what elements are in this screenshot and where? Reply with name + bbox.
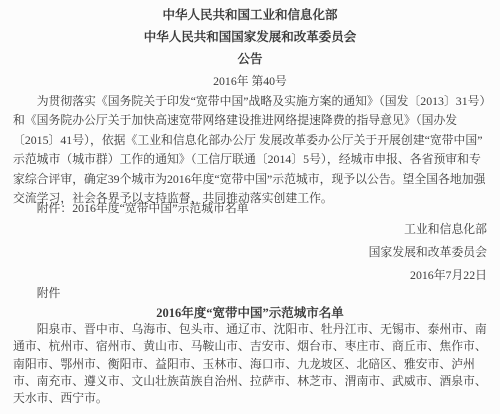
appendix-title: 2016年度“宽带中国”示范城市名单 bbox=[13, 304, 487, 322]
issuing-agency-line-2: 中华人民共和国国家发展和改革委员会 bbox=[13, 26, 487, 48]
attachment-reference: 附件：2016年度“宽带中国”示范城市名单 bbox=[13, 199, 487, 218]
announcement-page: 中华人民共和国工业和信息化部 中华人民共和国国家发展和改革委员会 公告 2016… bbox=[0, 0, 500, 414]
appendix-label: 附件 bbox=[13, 284, 487, 302]
doc-number: 2016年 第40号 bbox=[13, 70, 487, 92]
announcement-body-paragraph: 为贯彻落实《国务院关于印发“宽带中国”战略及实施方案的通知》（国发〔2013〕3… bbox=[13, 92, 487, 208]
appendix-city-list: 阳泉市、晋中市、乌海市、包头市、通辽市、沈阳市、牡丹江市、无锡市、泰州市、南通市… bbox=[13, 321, 487, 407]
issuing-agency-line-1: 中华人民共和国工业和信息化部 bbox=[13, 4, 487, 26]
doc-type-title: 公告 bbox=[13, 48, 487, 70]
signature-agency-1: 工业和信息化部 bbox=[13, 218, 487, 241]
signature-block: 工业和信息化部 国家发展和改革委员会 2016年7月22日 bbox=[13, 218, 487, 288]
signature-agency-2: 国家发展和改革委员会 bbox=[13, 241, 487, 264]
